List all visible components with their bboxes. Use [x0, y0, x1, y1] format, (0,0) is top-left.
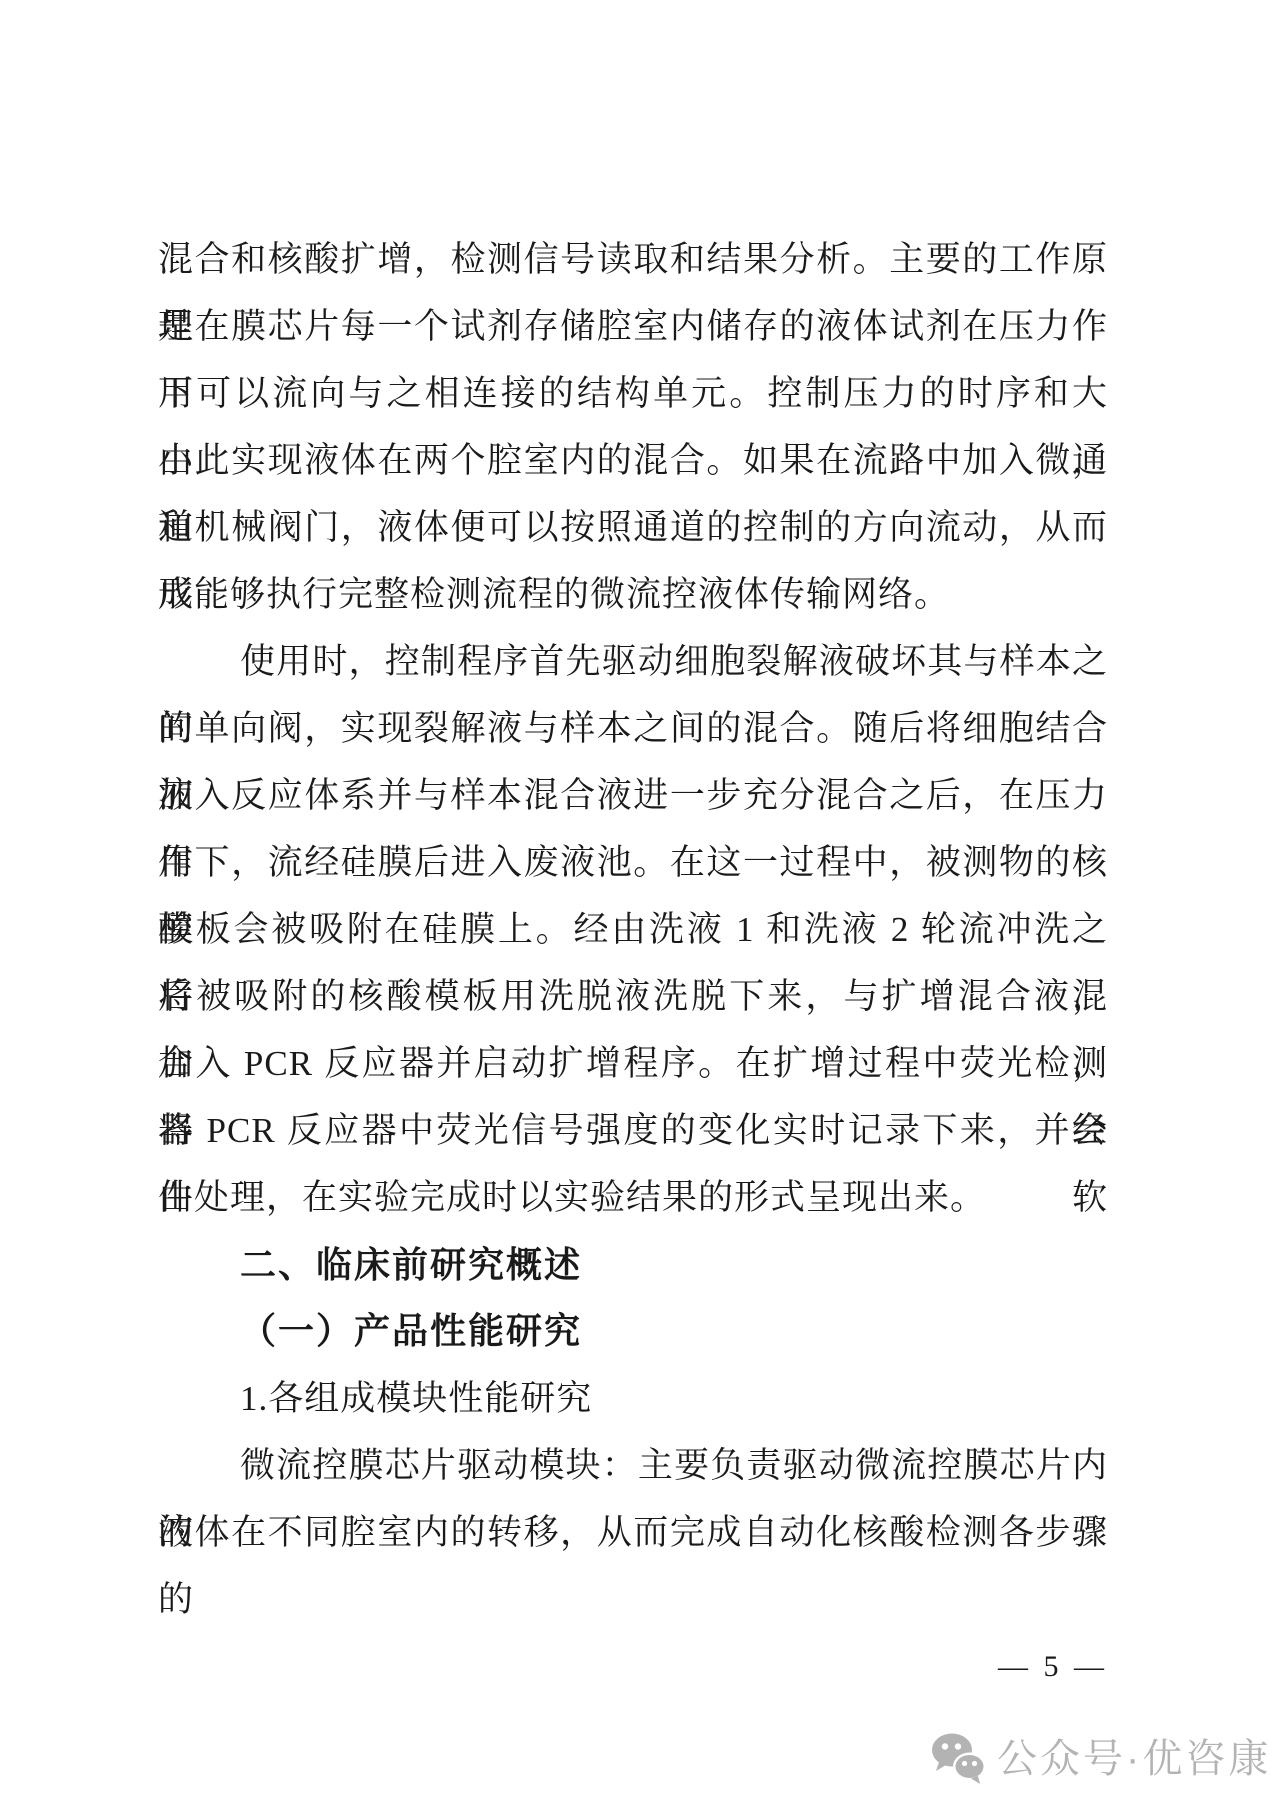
page-number: — 5 — — [158, 1650, 1108, 1684]
body-line: 用下，流经硅膜后进入废液池。在这一过程中，被测物的核酸 — [158, 829, 1108, 896]
item-heading: 1.各组成模块性能研究 — [158, 1365, 1108, 1432]
body-line: 下可以流向与之相连接的结构单元。控制压力的时序和大小， — [158, 360, 1108, 427]
subsection-heading: （一）产品性能研究 — [158, 1298, 1108, 1365]
body-line: 使用时，控制程序首先驱动细胞裂解液破坏其与样本之间 — [158, 628, 1108, 695]
body-line: 液体在不同腔室内的转移，从而完成自动化核酸检测各步骤的 — [158, 1499, 1108, 1566]
document-page: 混合和核酸扩增，检测信号读取和结果分析。主要的工作原理 是在膜芯片每一个试剂存储… — [0, 0, 1280, 1810]
body-line: 加入反应体系并与样本混合液进一步充分混合之后，在压力作 — [158, 762, 1108, 829]
section-heading: 二、临床前研究概述 — [158, 1231, 1108, 1298]
body-line: 成能够执行完整检测流程的微流控液体传输网络。 — [158, 561, 1108, 628]
body-line: 混合和核酸扩增，检测信号读取和结果分析。主要的工作原理 — [158, 226, 1108, 293]
body-line: 模板会被吸附在硅膜上。经由洗液 1 和洗液 2 轮流冲洗之后， — [158, 896, 1108, 963]
body-line: 将 PCR 反应器中荧光信号强度的变化实时记录下来，并经由软 — [158, 1097, 1108, 1164]
watermark-text: 公众号·优咨康 — [997, 1733, 1271, 1785]
watermark: 公众号·优咨康 — [931, 1733, 1271, 1785]
body-line: 件处理，在实验完成时以实验结果的形式呈现出来。 — [158, 1164, 1108, 1231]
body-line: 加入 PCR 反应器并启动扩增程序。在扩增过程中荧光检测器会 — [158, 1030, 1108, 1097]
body-line: 和机械阀门，液体便可以按照通道的控制的方向流动，从而形 — [158, 494, 1108, 561]
wechat-icon — [931, 1733, 987, 1785]
document-body: 混合和核酸扩增，检测信号读取和结果分析。主要的工作原理 是在膜芯片每一个试剂存储… — [158, 226, 1108, 1566]
body-line: 是在膜芯片每一个试剂存储腔室内储存的液体试剂在压力作用 — [158, 293, 1108, 360]
body-line: 由此实现液体在两个腔室内的混合。如果在流路中加入微通道 — [158, 427, 1108, 494]
body-line: 的单向阀，实现裂解液与样本之间的混合。随后将细胞结合液 — [158, 695, 1108, 762]
body-line: 微流控膜芯片驱动模块：主要负责驱动微流控膜芯片内的 — [158, 1432, 1108, 1499]
body-line: 将被吸附的核酸模板用洗脱液洗脱下来，与扩增混合液混合， — [158, 963, 1108, 1030]
